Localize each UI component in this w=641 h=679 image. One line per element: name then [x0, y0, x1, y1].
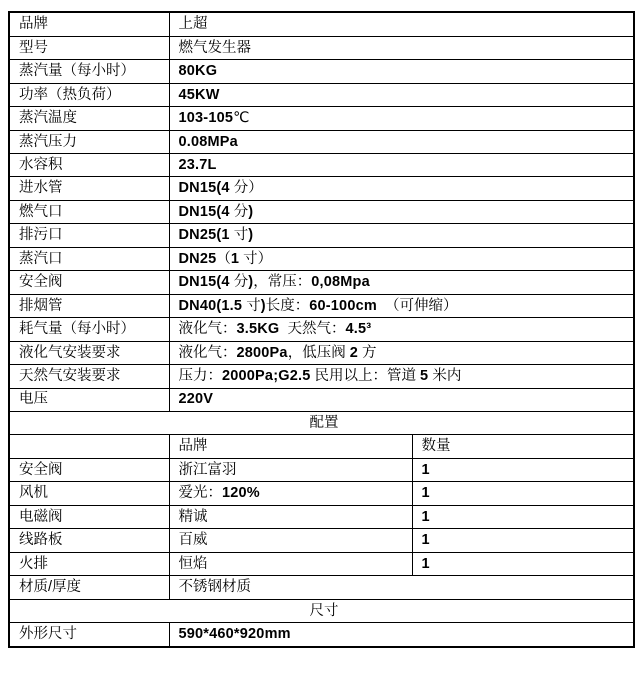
- config-header-component: [9, 435, 169, 458]
- table-row: 排污口 DN25(1 寸): [9, 224, 634, 247]
- table-row: 蒸汽温度 103-105℃: [9, 107, 634, 130]
- spec-label-10: 蒸汽口: [9, 247, 169, 270]
- spec-value-5: 0.08MPa: [169, 130, 634, 153]
- spec-label-13: 耗气量（每小时）: [9, 318, 169, 341]
- table-row: 蒸汽压力 0.08MPa: [9, 130, 634, 153]
- spec-value-12: DN40(1.5 寸)长度：60-100cm （可伸缩）: [169, 294, 634, 317]
- config-component-0: 安全阀: [9, 458, 169, 481]
- table-row: 安全阀 DN15(4 分)，常压：0,08Mpa: [9, 271, 634, 294]
- spec-label-1: 型号: [9, 36, 169, 59]
- table-row: 线路板 百威 1: [9, 529, 634, 552]
- spec-value-1: 燃气发生器: [169, 36, 634, 59]
- table-row: 尺寸: [9, 599, 634, 622]
- table-row: 火排 恒焰 1: [9, 552, 634, 575]
- spec-value-9: DN25(1 寸): [169, 224, 634, 247]
- spec-label-12: 排烟管: [9, 294, 169, 317]
- spec-label-2: 蒸汽量（每小时）: [9, 60, 169, 83]
- spec-value-13: 液化气：3.5KG 天然气：4.5³: [169, 318, 634, 341]
- spec-value-14: 液化气：2800Pa，低压阀 2 方: [169, 341, 634, 364]
- table-row: 燃气口 DN15(4 分): [9, 200, 634, 223]
- config-header-quantity: 数量: [412, 435, 634, 458]
- config-section-title: 配置: [9, 411, 634, 434]
- product-spec-table: 品牌 上超 型号 燃气发生器 蒸汽量（每小时） 80KG 功率（热负荷） 45K…: [8, 11, 635, 648]
- table-row: 材质/厚度 不锈钢材质: [9, 576, 634, 599]
- table-row: 水容积 23.7L: [9, 153, 634, 176]
- table-row: 蒸汽口 DN25（1 寸）: [9, 247, 634, 270]
- size-value-0: 590*460*920mm: [169, 623, 634, 647]
- config-quantity-3: 1: [412, 529, 634, 552]
- config-quantity-2: 1: [412, 505, 634, 528]
- config-brand-1: 爱光：120%: [169, 482, 412, 505]
- spec-label-5: 蒸汽压力: [9, 130, 169, 153]
- spec-value-11: DN15(4 分)，常压：0,08Mpa: [169, 271, 634, 294]
- config-header-brand: 品牌: [169, 435, 412, 458]
- spec-label-0: 品牌: [9, 12, 169, 36]
- material-label: 材质/厚度: [9, 576, 169, 599]
- config-component-3: 线路板: [9, 529, 169, 552]
- table-row: 配置: [9, 411, 634, 434]
- table-row: 蒸汽量（每小时） 80KG: [9, 60, 634, 83]
- spec-label-4: 蒸汽温度: [9, 107, 169, 130]
- spec-value-6: 23.7L: [169, 153, 634, 176]
- table-row: 天然气安装要求 压力：2000Pa;G2.5 民用以上：管道 5 米内: [9, 365, 634, 388]
- config-quantity-0: 1: [412, 458, 634, 481]
- product-spec-sheet: 品牌 上超 型号 燃气发生器 蒸汽量（每小时） 80KG 功率（热负荷） 45K…: [0, 0, 641, 679]
- table-row: 功率（热负荷） 45KW: [9, 83, 634, 106]
- table-row: 风机 爱光：120% 1: [9, 482, 634, 505]
- config-quantity-1: 1: [412, 482, 634, 505]
- spec-value-0: 上超: [169, 12, 634, 36]
- spec-value-16: 220V: [169, 388, 634, 411]
- table-row: 电压 220V: [9, 388, 634, 411]
- spec-label-11: 安全阀: [9, 271, 169, 294]
- config-component-1: 风机: [9, 482, 169, 505]
- spec-label-9: 排污口: [9, 224, 169, 247]
- config-brand-4: 恒焰: [169, 552, 412, 575]
- table-row: 排烟管 DN40(1.5 寸)长度：60-100cm （可伸缩）: [9, 294, 634, 317]
- table-row: 型号 燃气发生器: [9, 36, 634, 59]
- table-row: 耗气量（每小时） 液化气：3.5KG 天然气：4.5³: [9, 318, 634, 341]
- table-row: 品牌 数量: [9, 435, 634, 458]
- table-row: 品牌 上超: [9, 12, 634, 36]
- spec-value-10: DN25（1 寸）: [169, 247, 634, 270]
- spec-label-7: 进水管: [9, 177, 169, 200]
- spec-value-4: 103-105℃: [169, 107, 634, 130]
- spec-label-14: 液化气安装要求: [9, 341, 169, 364]
- size-label-0: 外形尺寸: [9, 623, 169, 647]
- spec-label-16: 电压: [9, 388, 169, 411]
- config-component-2: 电磁阀: [9, 505, 169, 528]
- spec-label-8: 燃气口: [9, 200, 169, 223]
- spec-label-3: 功率（热负荷）: [9, 83, 169, 106]
- spec-label-15: 天然气安装要求: [9, 365, 169, 388]
- config-quantity-4: 1: [412, 552, 634, 575]
- table-row: 外形尺寸 590*460*920mm: [9, 623, 634, 647]
- table-row: 安全阀 浙江富羽 1: [9, 458, 634, 481]
- config-brand-0: 浙江富羽: [169, 458, 412, 481]
- table-row: 进水管 DN15(4 分）: [9, 177, 634, 200]
- size-section-title: 尺寸: [9, 599, 634, 622]
- config-brand-3: 百威: [169, 529, 412, 552]
- material-value: 不锈钢材质: [169, 576, 634, 599]
- config-brand-2: 精诚: [169, 505, 412, 528]
- config-component-4: 火排: [9, 552, 169, 575]
- spec-value-3: 45KW: [169, 83, 634, 106]
- spec-value-7: DN15(4 分）: [169, 177, 634, 200]
- table-row: 液化气安装要求 液化气：2800Pa，低压阀 2 方: [9, 341, 634, 364]
- table-row: 电磁阀 精诚 1: [9, 505, 634, 528]
- spec-value-2: 80KG: [169, 60, 634, 83]
- spec-label-6: 水容积: [9, 153, 169, 176]
- spec-value-8: DN15(4 分): [169, 200, 634, 223]
- spec-value-15: 压力：2000Pa;G2.5 民用以上：管道 5 米内: [169, 365, 634, 388]
